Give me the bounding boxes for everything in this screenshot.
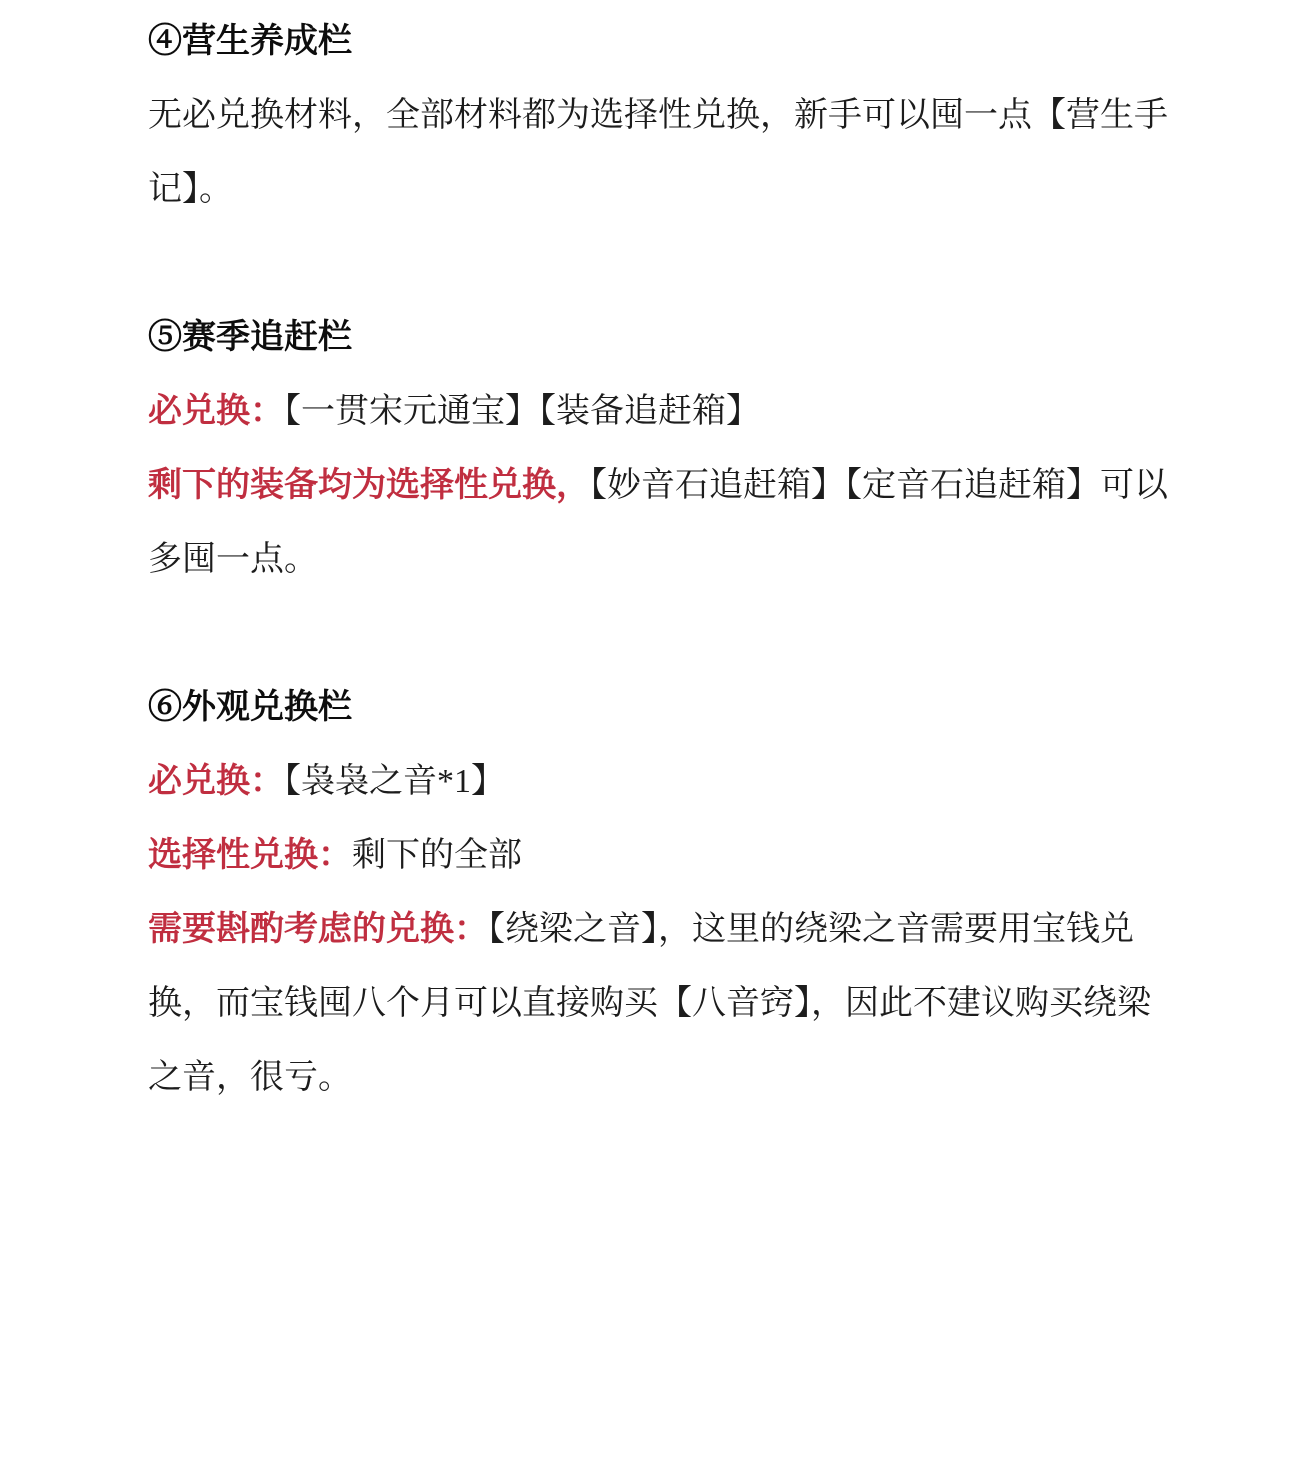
emphasis-label: 选择性兑换： — [148, 837, 352, 874]
paragraph: 需要斟酌考虑的兑换：【绕梁之音】，这里的绕梁之音需要用宝钱兑换，而宝钱囤八个月可… — [148, 893, 1170, 1115]
text-segment: 【一贯宋元通宝】【装备追赶箱】 — [284, 393, 760, 430]
paragraph: 必兑换：【一贯宋元通宝】【装备追赶箱】 — [148, 375, 1170, 449]
section-heading: ⑥外观兑换栏 — [148, 671, 1170, 745]
paragraph: 无必兑换材料，全部材料都为选择性兑换，新手可以囤一点【营生手记】。 — [148, 79, 1170, 227]
emphasis-label: 需要斟酌考虑的兑换： — [148, 911, 488, 948]
paragraph: 剩下的装备均为选择性兑换，【妙音石追赶箱】【定音石追赶箱】可以多囤一点。 — [148, 449, 1170, 597]
text-segment: 无必兑换材料，全部材料都为选择性兑换，新手可以囤一点【营生手记】。 — [148, 97, 1168, 208]
text-segment: 【袅袅之音*1】 — [284, 763, 505, 800]
emphasis-label: 必兑换： — [148, 763, 284, 800]
document-section: ④营生养成栏无必兑换材料，全部材料都为选择性兑换，新手可以囤一点【营生手记】。 — [148, 5, 1170, 227]
document-section: ⑥外观兑换栏必兑换：【袅袅之音*1】选择性兑换：剩下的全部需要斟酌考虑的兑换：【… — [148, 671, 1170, 1115]
emphasis-label: 必兑换： — [148, 393, 284, 430]
section-heading: ④营生养成栏 — [148, 5, 1170, 79]
paragraph: 必兑换：【袅袅之音*1】 — [148, 745, 1170, 819]
paragraph: 选择性兑换：剩下的全部 — [148, 819, 1170, 893]
document-content: ④营生养成栏无必兑换材料，全部材料都为选择性兑换，新手可以囤一点【营生手记】。⑤… — [0, 0, 1290, 1115]
document-section: ⑤赛季追赶栏必兑换：【一贯宋元通宝】【装备追赶箱】剩下的装备均为选择性兑换，【妙… — [148, 301, 1170, 597]
emphasis-label: 剩下的装备均为选择性兑换， — [148, 467, 590, 504]
text-segment: 剩下的全部 — [352, 837, 522, 874]
document-page: ④营生养成栏无必兑换材料，全部材料都为选择性兑换，新手可以囤一点【营生手记】。⑤… — [0, 0, 1290, 1466]
section-heading: ⑤赛季追赶栏 — [148, 301, 1170, 375]
